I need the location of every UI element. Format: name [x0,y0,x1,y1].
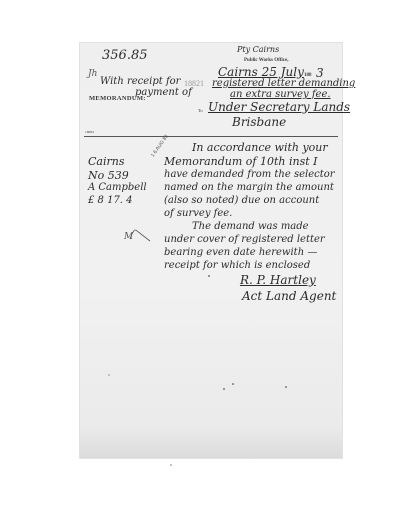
header-divider [84,136,338,137]
place-date: Cairns 25 July [218,66,304,78]
margin-selector-name: A Campbell [88,183,147,193]
margin-number: No 539 [88,170,129,181]
paper-speck [232,383,234,385]
header-stamp-line: Pty Cairns [237,46,279,54]
memorandum-label: MEMORANDUM: [89,96,146,103]
recipient-title: Under Secretary Lands [208,101,350,113]
signature-title: Act Land Agent [242,290,336,302]
body-line-7: The demand was made [192,222,309,232]
margin-mark: Jh [88,70,97,79]
body-line-8: under cover of registered letter [164,235,325,245]
body-line-3: have demanded from the selector [164,170,335,180]
margin-amount: £ 8 17. 4 [88,196,133,206]
faint-stamp-number: 18821 [184,80,204,88]
subject-line1: registered letter demanding [212,79,355,89]
paper-speck [170,464,172,466]
paper-speck [208,275,210,277]
body-line-1: In accordance with your [192,142,328,153]
margin-place: Cairns [88,156,124,167]
recipient-location: Brisbane [232,116,286,128]
paper-speck [285,386,287,388]
rule-label: 18884 [85,131,94,135]
paper-speck [108,374,110,376]
recipient-prefix: To [198,109,203,114]
margin-note-line1: With receipt for [100,77,180,87]
printed-office-name: Public Works Office, [244,58,289,63]
body-line-6: of survey fee. [164,209,232,219]
marginal-squiggle-icon [128,225,158,245]
body-line-2: Memorandum of 10th inst I [164,156,317,167]
subject-line2: an extra survey fee. [230,90,331,100]
paper-speck [223,388,225,390]
reference-number: 356.85 [102,49,148,62]
body-line-9: bearing even date herewith — [164,248,317,258]
signature-name: R. P. Hartley [240,274,316,286]
body-line-10: receipt for which is enclosed [164,261,310,271]
memorandum-page: 356.85 Pty Cairns Public Works Office, C… [80,43,342,458]
body-line-5: (also so noted) due on account [164,196,319,206]
body-line-4: named on the margin the amount [164,183,334,193]
